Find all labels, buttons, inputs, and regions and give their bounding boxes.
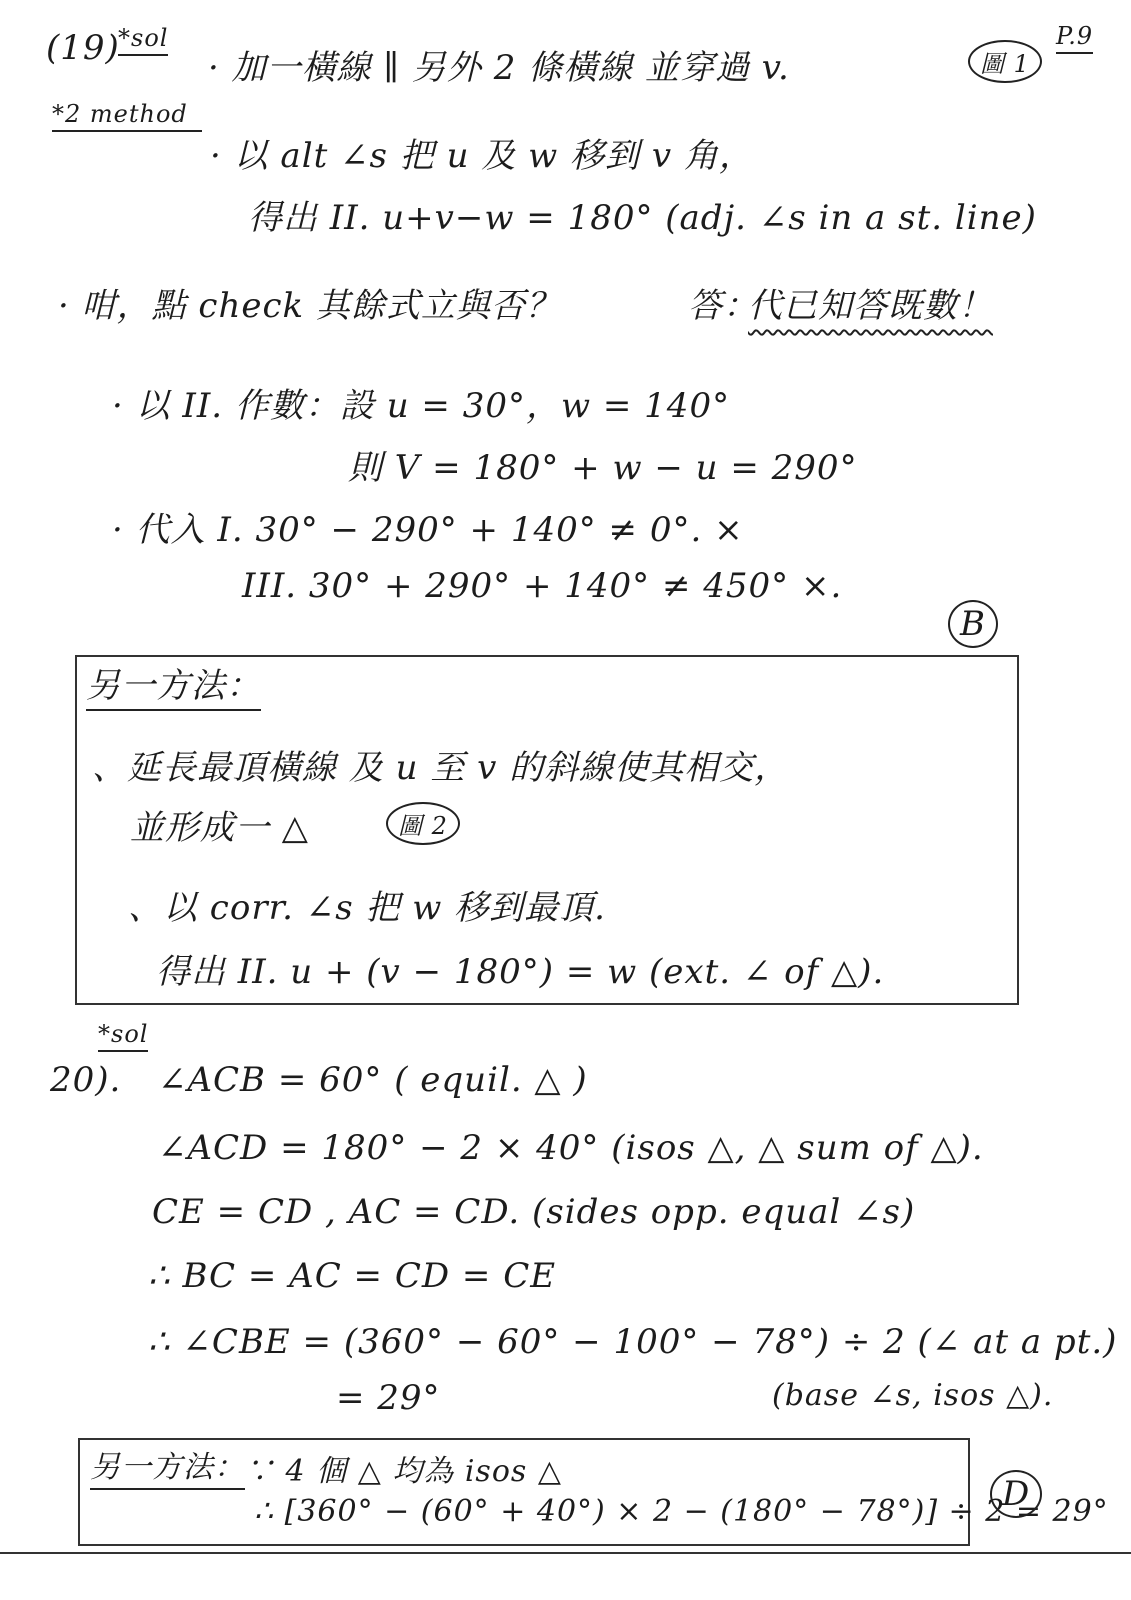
figure-1-label: 圖 1 [968,40,1042,83]
q19-alt-line-1: 、延長最頂橫線 及 u 至 v 的斜線使其相交， [92,740,789,789]
q20-line-6: = 29° [336,1378,441,1418]
question-19-number: (19) [46,28,120,68]
q20-line-5: ∴ ∠CBE = (360° − 60° − 100° − 78°) ÷ 2 (… [148,1322,1117,1362]
q19-step-3: 得出 II. u+v−w = 180° (adj. ∠s in a st. li… [248,190,1037,239]
substitute-eq-1: · 代入 I. 30° − 290° + 140° ≠ 0°. × [112,502,744,551]
check-question: · 咁，點 check 其餘式立與否？ [58,278,561,327]
q19-alt-title: 另一方法： [86,658,261,711]
q19-answer: B [948,600,998,648]
page-bottom-rule [0,1552,1131,1554]
method-tag: *2 method [52,100,202,132]
q20-line-2: ∠ACD = 180° − 2 × 40° (isos △, △ sum of … [158,1128,984,1168]
q20-answer: D [990,1470,1042,1518]
q19-alt-line-3: 、以 corr. ∠s 把 w 移到最頂. [128,880,606,929]
page-label: P.9 [1056,22,1093,54]
q20-alt-line-1: ∵ 4 個 △ 均為 isos △ [244,1446,562,1490]
question-20-number: 20). [50,1060,121,1100]
q19-alt-line-4: 得出 II. u + (v − 180°) = w (ext. ∠ of △). [156,944,884,993]
q19-alt-line-2: 並形成一 △ [130,800,309,849]
q20-line-6-reason: (base ∠s, isos △). [772,1378,1053,1413]
q19-step-2: · 以 alt ∠s 把 u 及 w 移到 v 角， [210,128,754,177]
q20-line-1: ∠ACB = 60° ( equil. △ ) [158,1060,588,1100]
q20-line-4: ∴ BC = AC = CD = CE [148,1256,556,1296]
q20-solution-tag: *sol [98,1020,148,1052]
example-result: 則 V = 180° + w − u = 290° [348,440,858,489]
q19-step-1: · 加一橫線 ∥ 另外 2 條橫線 並穿過 v. [208,40,790,89]
example-setup: · 以 II. 作數：設 u = 30°，w = 140° [112,378,730,427]
q20-line-3: CE = CD , AC = CD. (sides opp. equal ∠s) [152,1192,915,1232]
check-answer: 代已知答既數！ [748,278,993,327]
substitute-eq-3: III. 30° + 290° + 140° ≠ 450° ×. [242,566,842,606]
q20-alt-line-2: ∴ [360° − (60° + 40°) × 2 − (180° − 78°)… [254,1494,1109,1529]
figure-2-label: 圖 2 [386,802,460,845]
q20-alt-title: 另一方法： [90,1442,245,1490]
solution-tag: *sol [118,24,168,56]
